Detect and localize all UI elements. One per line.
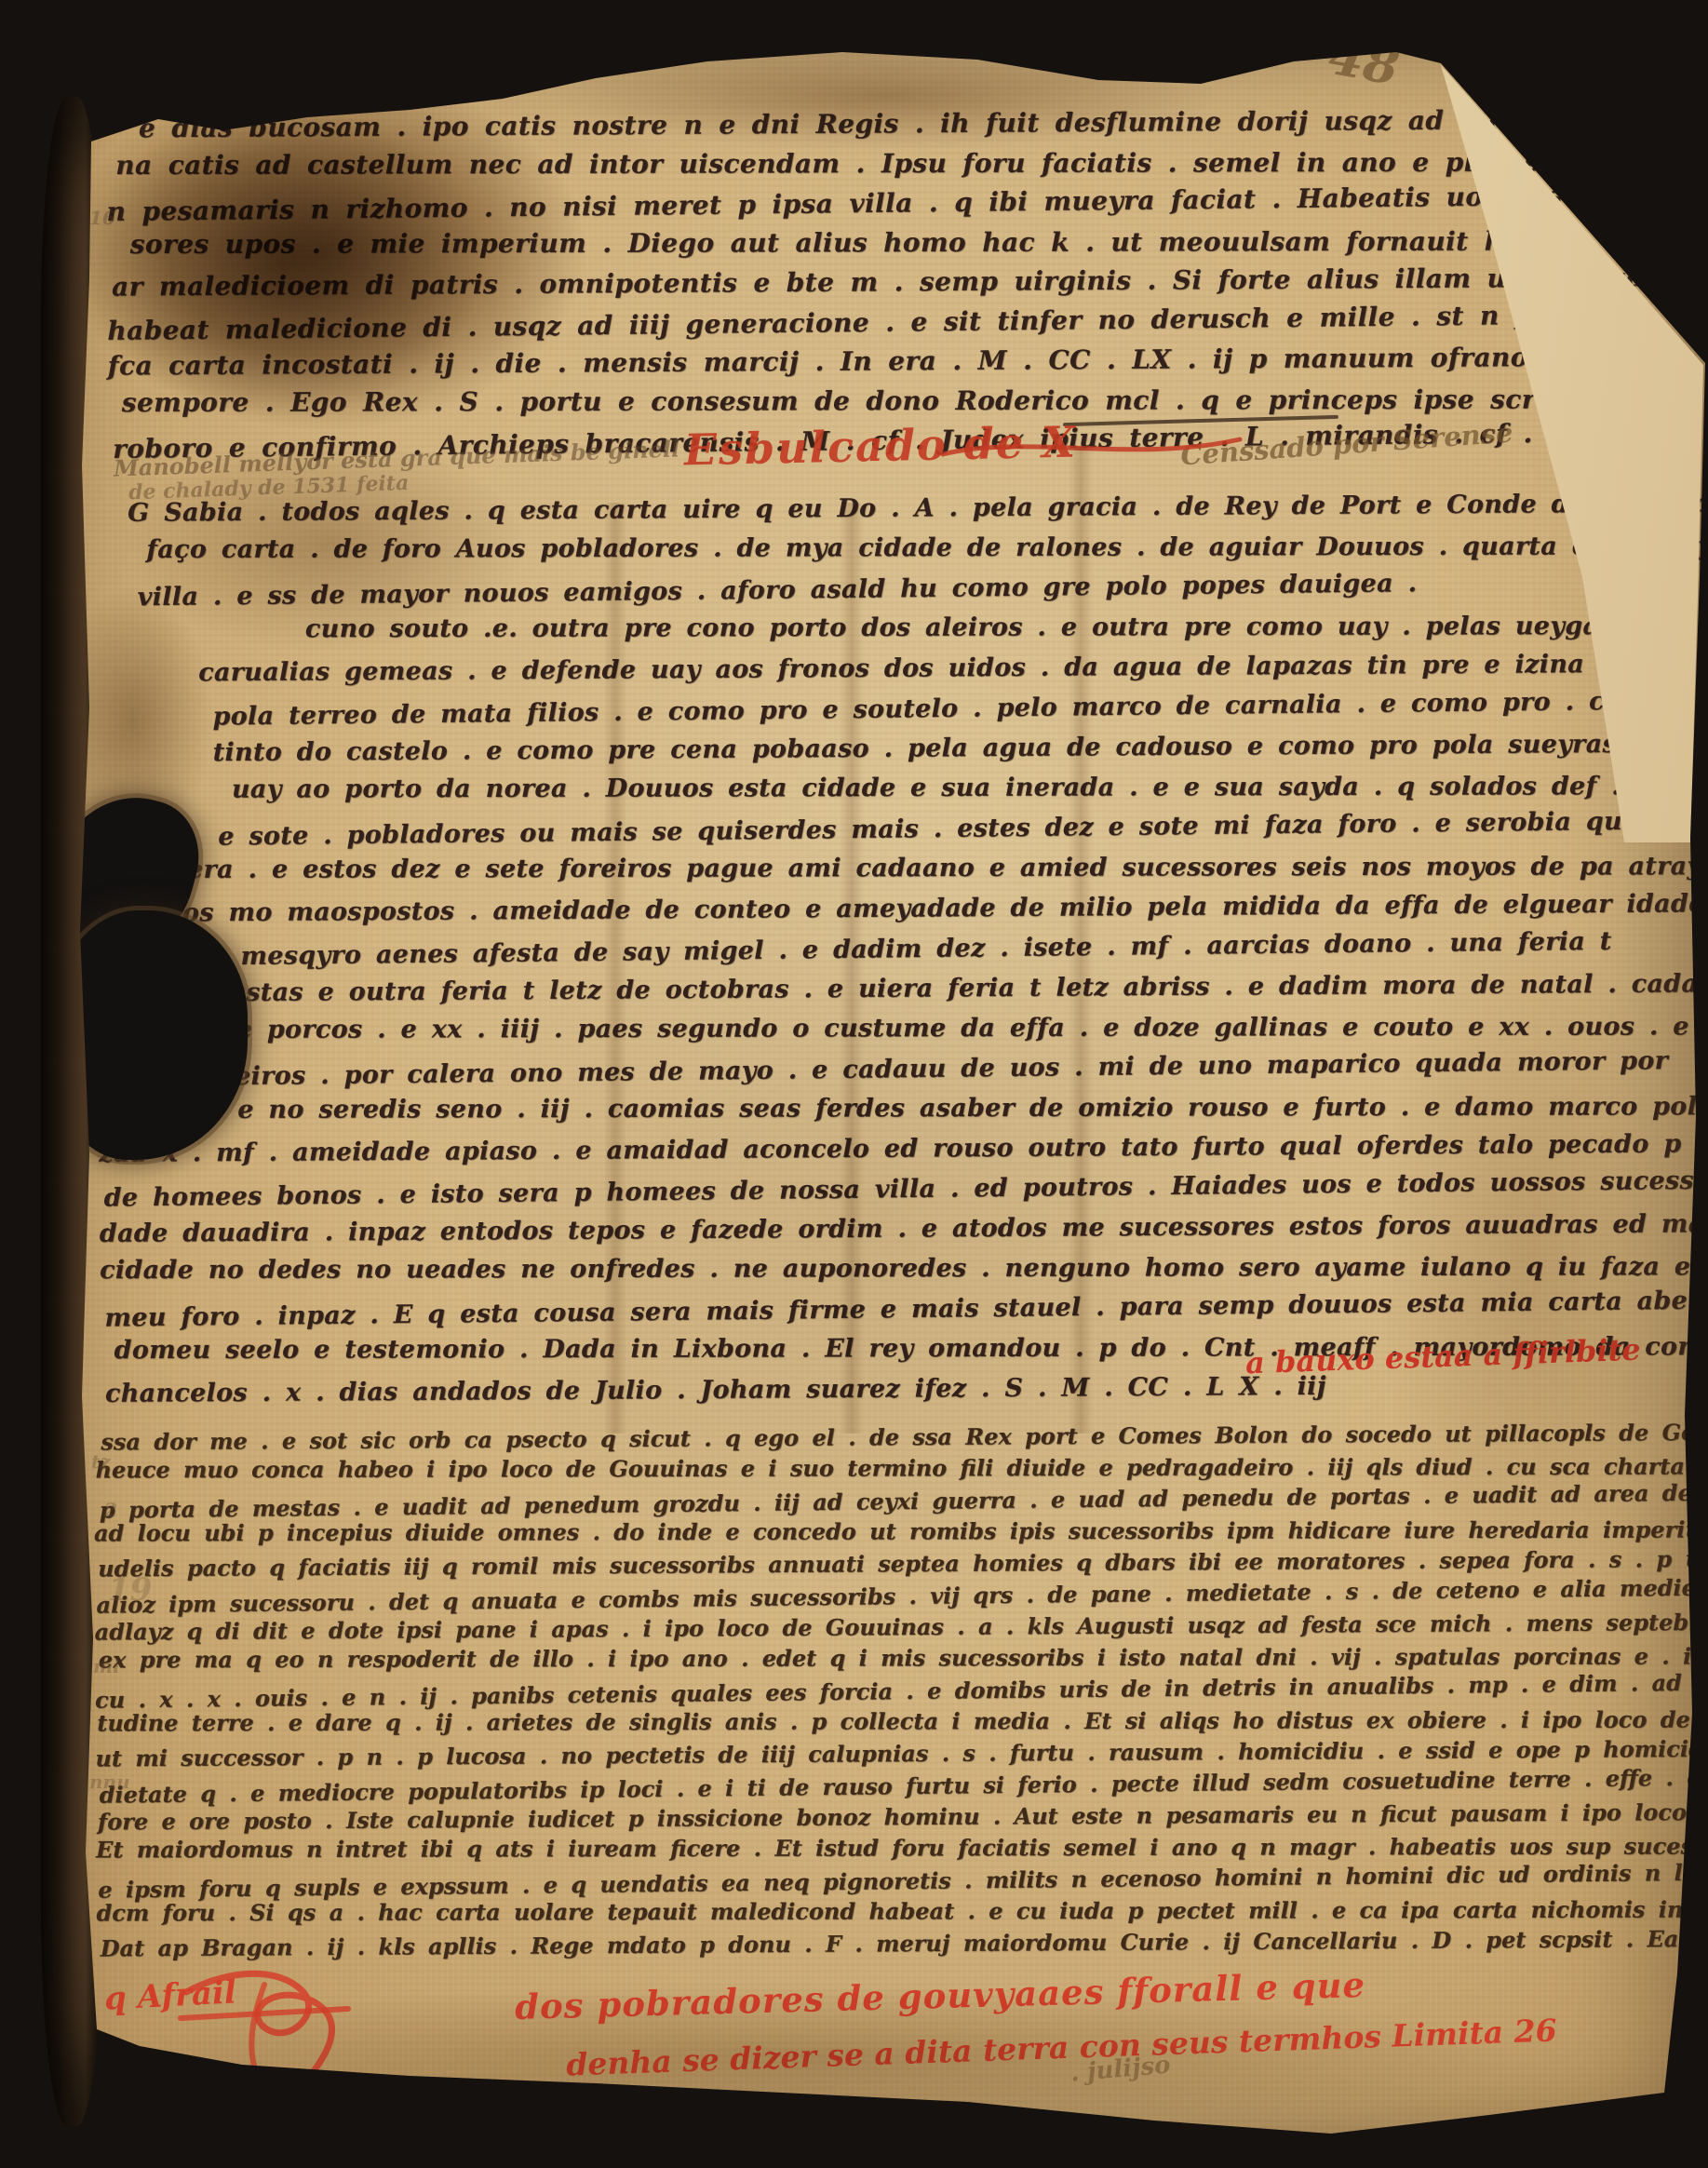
margin-mark: 16: [89, 207, 115, 229]
manuscript-photograph: e dias bucosam . ipo catis nostre n e dn…: [0, 0, 1708, 2168]
margin-mark: nnu: [89, 1771, 130, 1793]
parchment-crease: [603, 503, 627, 1434]
scribal-flourish-icon: [175, 1960, 426, 2128]
margin-mark: 2: [104, 1499, 117, 1521]
folio-number: 48: [1325, 26, 1404, 97]
second-charter-line: dcm foru . Si qs a . hac carta uolare te…: [96, 1893, 1708, 1930]
foral-text-block: G Sabia . todos aqles . q esta carta uir…: [95, 482, 1708, 1414]
margin-mark: 19: [108, 1571, 152, 1609]
second-charter-block: ssa dor me . e sot sic orb ca psecto q s…: [93, 1415, 1708, 1965]
parchment-crease: [1069, 447, 1093, 1434]
archival-red-annotation: dos pobradores de gouvyaaes fforall e qu…: [515, 1964, 1366, 2027]
second-charter-line: ad locu ubi p incepius diuide omnes . do…: [94, 1514, 1708, 1550]
foral-text-line: luvosa . e no seredis seno . iij . caomi…: [108, 1086, 1708, 1130]
latin-charter-line: sores upos . e mie imperium . Diego aut …: [130, 221, 1708, 264]
parchment-sheet: e dias bucosam . ipo catis nostre n e dn…: [0, 0, 1708, 2168]
margin-mark: mi: [93, 1655, 120, 1677]
margin-mark: tz: [91, 1450, 111, 1473]
foral-text-line: cuno souto .e. outra pre cono porto dos …: [305, 605, 1708, 649]
second-charter-line: tudine terre . e dare q . ij . arietes d…: [97, 1703, 1708, 1740]
foral-text-line: issera . e estos dez e sete foreiros pag…: [148, 846, 1708, 890]
parchment-crease: [840, 503, 864, 1434]
archival-red-annotation: denha se dizer se a dita terra con seus …: [566, 2012, 1558, 2082]
